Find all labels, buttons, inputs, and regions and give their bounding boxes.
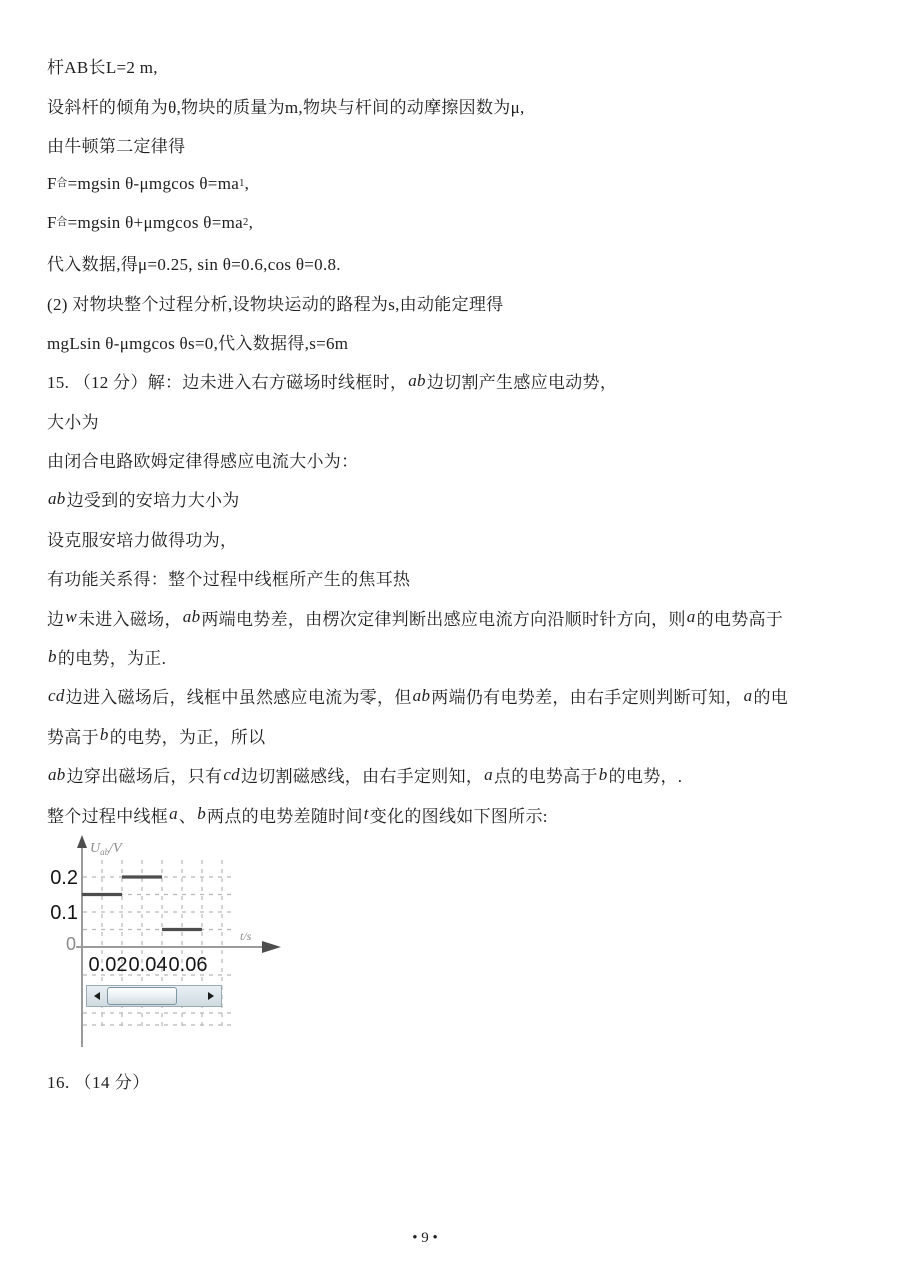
scrollbar-track[interactable] — [177, 986, 201, 1006]
text-line: 边 w 未进入磁场，ab 两端电势差，由楞次定律判断出感应电流方向沿顺时针方向，… — [47, 597, 891, 636]
scroll-right-button[interactable] — [201, 986, 221, 1006]
y-axis-arrow-icon — [77, 835, 87, 848]
voltage-time-chart: Uab/V t/s 0.020.040.0600.10.2 — [50, 833, 312, 1053]
y-axis-label: Uab/V — [90, 841, 123, 857]
formula-line: F合=mgsin θ-μmgcos θ=ma1, — [47, 164, 891, 203]
x-tick-label: 0.04 — [129, 954, 168, 976]
text-line: 代入数据,得μ=0.25, sin θ=0.6,cos θ=0.8. — [47, 243, 891, 282]
left-arrow-icon — [94, 992, 100, 1000]
text-line: 整个过程中线框 a、b 两点的电势差随时间 t 变化的图线如下图所示: — [47, 794, 891, 833]
text-line: 有功能关系得：整个过程中线框所产生的焦耳热 — [47, 558, 891, 597]
scrollbar-thumb[interactable] — [107, 987, 177, 1005]
right-arrow-icon — [208, 992, 214, 1000]
text-line: 由牛顿第二定律得 — [47, 125, 891, 164]
formula-line: mgLsin θ-μmgcos θs=0,代入数据得,s=6m — [47, 322, 891, 361]
x-tick-label: 0.02 — [89, 954, 128, 976]
y-tick-label: 0.1 — [50, 902, 78, 924]
text-line: 势高于 b 的电势，为正，所以 — [47, 716, 891, 755]
text-line: 大小为 — [47, 401, 891, 440]
x-axis-label: t/s — [240, 929, 252, 943]
formula-line: F合=mgsin θ+μmgcos θ=ma2, — [47, 204, 891, 243]
page-number: • 9 • — [383, 1230, 467, 1247]
text-line: cd 边进入磁场后，线框中虽然感应电流为零，但 ab 两端仍有电势差，由右手定则… — [47, 676, 891, 715]
chart-canvas: Uab/V t/s 0.020.040.0600.10.2 — [50, 833, 312, 1053]
text-line: b 的电势，为正. — [47, 637, 891, 676]
text-line: (2) 对物块整个过程分析,设物块运动的路程为s,由动能定理得 — [47, 282, 891, 321]
text-line: 设克服安培力做得功为， — [47, 519, 891, 558]
x-axis-arrow-icon — [262, 941, 281, 953]
question-16-heading: 16. （14 分） — [47, 1068, 150, 1093]
text-line: 由闭合电路欧姆定律得感应电流大小为： — [47, 440, 891, 479]
x-tick-label: 0.06 — [169, 954, 208, 976]
text-line: 设斜杆的倾角为θ,物块的质量为m,物块与杆间的动摩擦因数为μ, — [47, 85, 891, 124]
origin-tick-label: 0 — [66, 934, 76, 954]
text-line: ab 边穿出磁场后，只有 cd 边切割磁感线，由右手定则知，a 点的电势高于 b… — [47, 755, 891, 794]
question-15-heading: 15. （12 分）解：边未进入右方磁场时线框时， ab 边切割产生感应电动势， — [47, 361, 891, 400]
text-line: ab 边受到的安培力大小为 — [47, 479, 891, 518]
solution-text-block: 杆AB长L=2 m, 设斜杆的倾角为θ,物块的质量为m,物块与杆间的动摩擦因数为… — [47, 46, 891, 834]
text-line: 杆AB长L=2 m, — [47, 46, 891, 85]
scroll-left-button[interactable] — [87, 986, 107, 1006]
horizontal-scrollbar[interactable] — [86, 985, 222, 1007]
document-page: 杆AB长L=2 m, 设斜杆的倾角为θ,物块的质量为m,物块与杆间的动摩擦因数为… — [0, 0, 921, 1276]
y-tick-label: 0.2 — [50, 867, 78, 889]
